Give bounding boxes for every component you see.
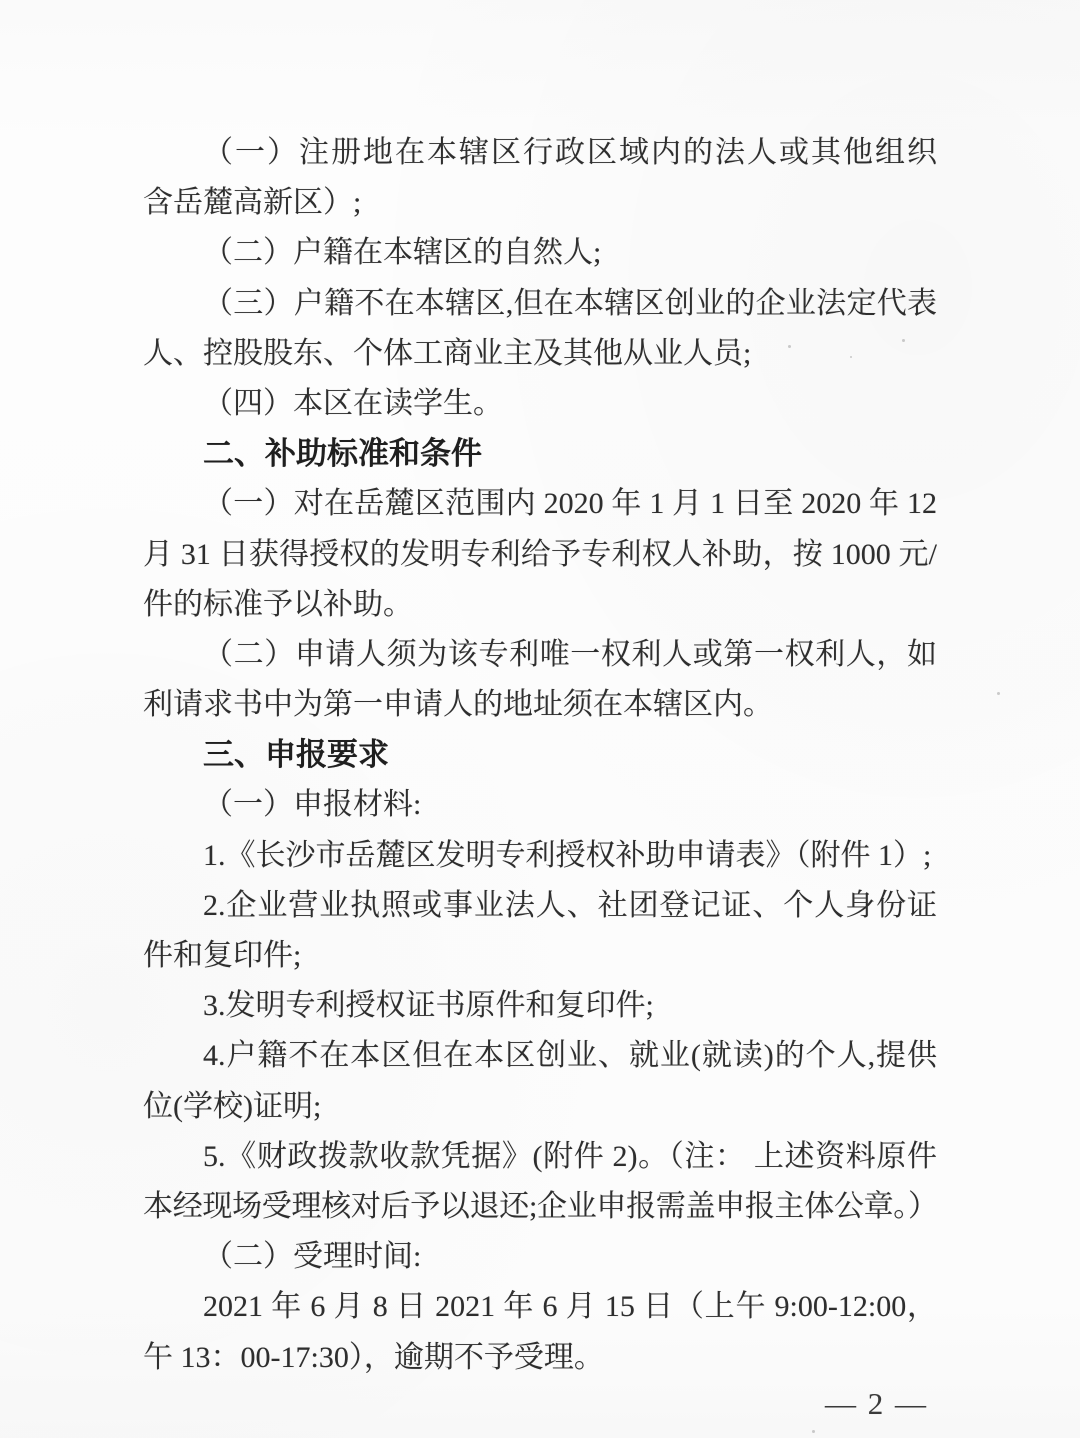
document-text-line: 2.企业营业执照或事业法人、社团登记证、个人身份证原 [143, 881, 937, 931]
scan-speck [997, 692, 1000, 695]
scan-speck [902, 339, 905, 342]
scan-speck [850, 356, 852, 358]
document-text-line: （四）本区在读学生。 [143, 379, 937, 429]
document-text-line: 件和复印件; [143, 931, 937, 981]
document-text-line: （二）受理时间: [143, 1232, 937, 1282]
document-body: （一）注册地在本辖区行政区域内的法人或其他组织（不含岳麓高新区）;（二）户籍在本… [143, 128, 937, 1383]
document-text-line: 人、控股股东、个体工商业主及其他从业人员; [143, 329, 937, 379]
document-text-line: 本经现场受理核对后予以退还;企业申报需盖申报主体公章。） [143, 1182, 937, 1232]
document-text-line: （一）对在岳麓区范围内 2020 年 1 月 1 日至 2020 年 12 [143, 479, 937, 529]
section-heading-line: 二、补助标准和条件 [143, 429, 937, 479]
scan-speck [812, 1430, 815, 1433]
scanned-document-page: （一）注册地在本辖区行政区域内的法人或其他组织（不含岳麓高新区）;（二）户籍在本… [0, 0, 1080, 1438]
document-text-line: 利请求书中为第一申请人的地址须在本辖区内。 [143, 680, 937, 730]
scan-speck [788, 345, 791, 348]
document-text-line: 位(学校)证明; [143, 1082, 937, 1132]
document-text-line: （一）申报材料: [143, 780, 937, 830]
document-text-line: 含岳麓高新区）; [143, 178, 937, 228]
document-text-line: （一）注册地在本辖区行政区域内的法人或其他组织（不 [143, 128, 937, 178]
document-text-line: 3.发明专利授权证书原件和复印件; [143, 981, 937, 1031]
document-text-line: 1.《长沙市岳麓区发明专利授权补助申请表》（附件 1）; [143, 831, 937, 881]
document-text-line: （三）户籍不在本辖区,但在本辖区创业的企业法定代表 [143, 279, 937, 329]
document-text-line: 4.户籍不在本区但在本区创业、就业(就读)的个人,提供单 [143, 1031, 937, 1081]
document-text-line: 月 31 日获得授权的发明专利给予专利权人补助，按 1000 元/ [143, 530, 937, 580]
document-text-line: 午 13：00-17:30），逾期不予受理。 [143, 1333, 937, 1383]
document-text-line: （二）申请人须为该专利唯一权利人或第一权利人，如专 [143, 630, 937, 680]
document-text-line: （二）户籍在本辖区的自然人; [143, 228, 937, 278]
document-text-line: 5.《财政拨款收款凭据》(附件 2)。（注： 上述资料原件正 [143, 1132, 937, 1182]
page-number: — 2 — [825, 1386, 928, 1422]
section-heading-line: 三、申报要求 [143, 730, 937, 780]
document-text-line: 2021 年 6 月 8 日 2021 年 6 月 15 日（上午 9:00-1… [143, 1282, 937, 1332]
document-text-line: 件的标准予以补助。 [143, 580, 937, 630]
